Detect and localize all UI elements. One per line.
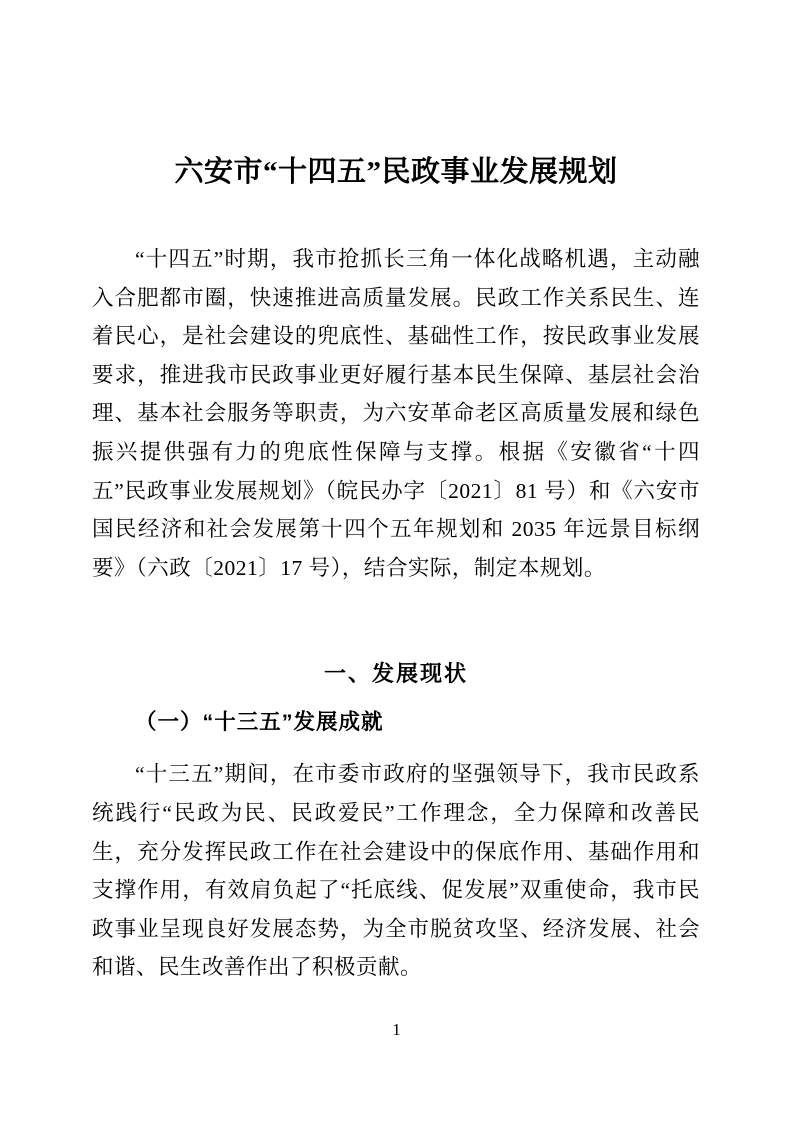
document-page: 六安市“十四五”民政事业发展规划 “十四五”时期，我市抢抓长三角一体化战略机遇，… xyxy=(0,0,793,1122)
intro-paragraph: “十四五”时期，我市抢抓长三角一体化战略机遇，主动融入合肥都市圈，快速推进高质量… xyxy=(92,240,700,587)
subsection-heading-13th-five-year-achievements: （一）“十三五”发展成就 xyxy=(92,703,700,741)
page-number: 1 xyxy=(0,1020,793,1040)
document-title: 六安市“十四五”民政事业发展规划 xyxy=(92,152,700,192)
document-content: 六安市“十四五”民政事业发展规划 “十四五”时期，我市抢抓长三角一体化战略机遇，… xyxy=(0,152,793,987)
subsection-paragraph: “十三五”期间，在市委市政府的坚强领导下，我市民政系统践行“民政为民、民政爱民”… xyxy=(92,755,700,987)
section-heading-development-status: 一、发展现状 xyxy=(92,655,700,693)
